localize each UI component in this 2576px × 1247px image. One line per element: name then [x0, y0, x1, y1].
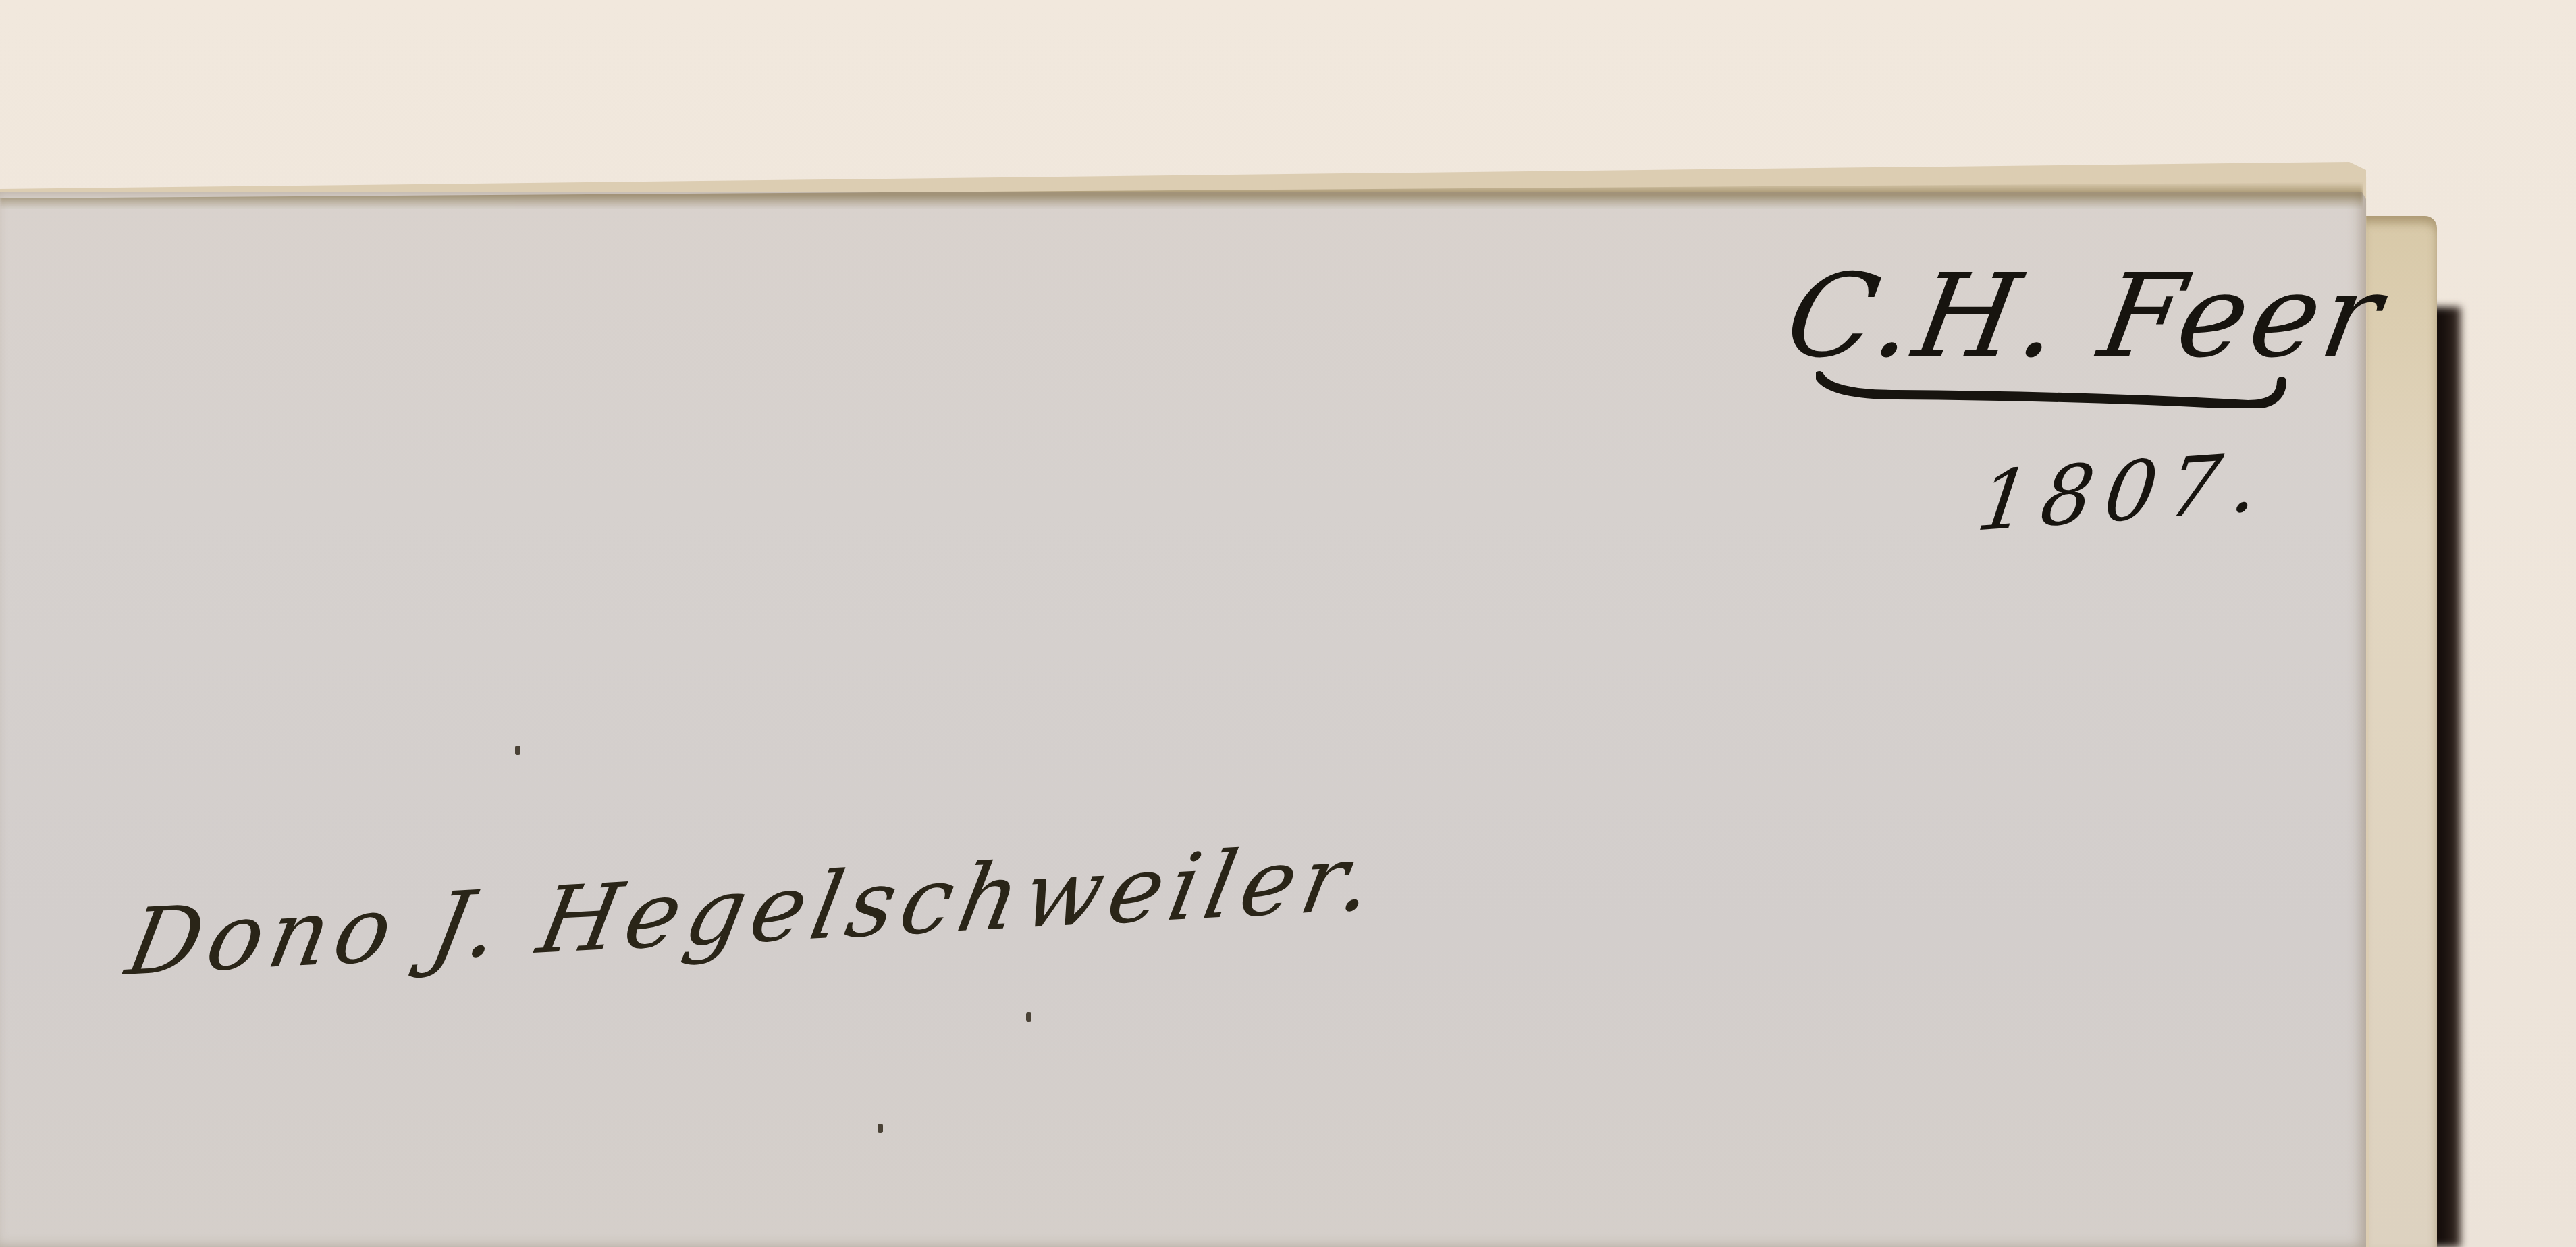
- owner-signature: C.H. Feer: [1777, 250, 2394, 383]
- ink-speck: [515, 746, 520, 755]
- signature-underline: [1816, 368, 2288, 408]
- ink-speck: [1026, 1012, 1031, 1022]
- back-page-corner: [2363, 216, 2437, 1247]
- ink-speck: [878, 1124, 883, 1133]
